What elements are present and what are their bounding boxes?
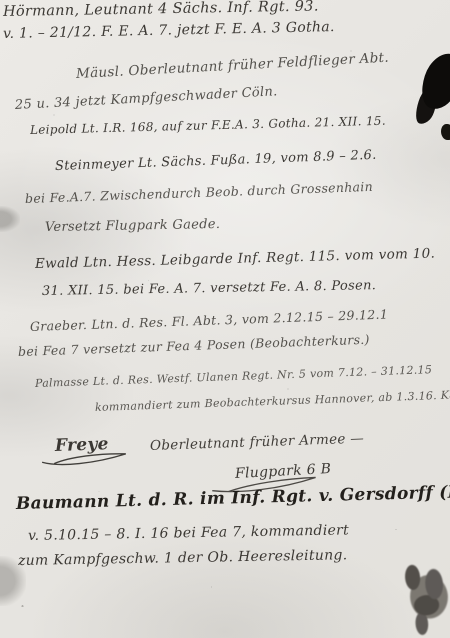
- entry-graeber-line1: Graeber. Ltn. d. Res. Fl. Abt. 3, vom 2.…: [30, 307, 389, 334]
- entry-ewald-line2: 31. XII. 15. bei Fe. A. 7. versetzt Fe. …: [42, 278, 376, 299]
- scanned-page: Hörmann, Leutnant 4 Sächs. Inf. Rgt. 93.…: [0, 0, 450, 638]
- entry-freye-unit: Flugpark 6 B: [235, 461, 332, 482]
- ink-blot-icon: [416, 48, 450, 114]
- smudged-stamp-icon: [393, 554, 450, 638]
- entry-hoermann-line2: v. 1. – 21/12. F. E. A. 7. jetzt F. E. A…: [3, 19, 335, 42]
- scan-smudge-icon: [0, 206, 20, 232]
- entry-hoermann-line1: Hörmann, Leutnant 4 Sächs. Inf. Rgt. 93.: [3, 0, 319, 20]
- entry-graeber-line2: bei Fea 7 versetzt zur Fea 4 Posen (Beob…: [18, 332, 370, 359]
- ink-dot-icon: [441, 124, 450, 140]
- entry-maeusl-line2: 25 u. 34 jetzt Kampfgeschwader Cöln.: [15, 84, 278, 113]
- entry-baumann-line1: Baumann Lt. d. R. im Inf. Rgt. v. Gersdo…: [16, 482, 450, 514]
- entry-baumann-line2: v. 5.10.15 – 8. I. 16 bei Fea 7, kommand…: [28, 522, 349, 544]
- entry-leipold: Leipold Lt. I.R. 168, auf zur F.E.A. 3. …: [30, 114, 386, 137]
- entry-freye-name: Freye: [55, 434, 109, 456]
- entry-palmasse-line1: Palmasse Lt. d. Res. Westf. Ulanen Regt.…: [35, 363, 433, 390]
- scan-smudge-icon: [0, 556, 26, 606]
- entry-maeusl-line1: Mäusl. Oberleutnant früher Feldflieger A…: [76, 50, 390, 82]
- entry-steinmeyer-line2: bei Fe.A.7. Zwischendurch Beob. durch Gr…: [25, 179, 373, 206]
- entry-palmasse-line2: kommandiert zum Beobachterkursus Hannove…: [95, 387, 450, 414]
- entry-steinmeyer-line1: Steinmeyer Lt. Sächs. Fußa. 19, vom 8.9 …: [55, 148, 377, 174]
- entry-freye-rank: Oberleutnant früher Armee —: [150, 431, 365, 454]
- entry-steinmeyer-line3: Versetzt Flugpark Gaede.: [45, 217, 220, 235]
- entry-baumann-line3: zum Kampfgeschw. 1 der Ob. Heeresleitung…: [18, 547, 348, 569]
- entry-ewald-line1: Ewald Ltn. Hess. Leibgarde Inf. Regt. 11…: [35, 246, 435, 272]
